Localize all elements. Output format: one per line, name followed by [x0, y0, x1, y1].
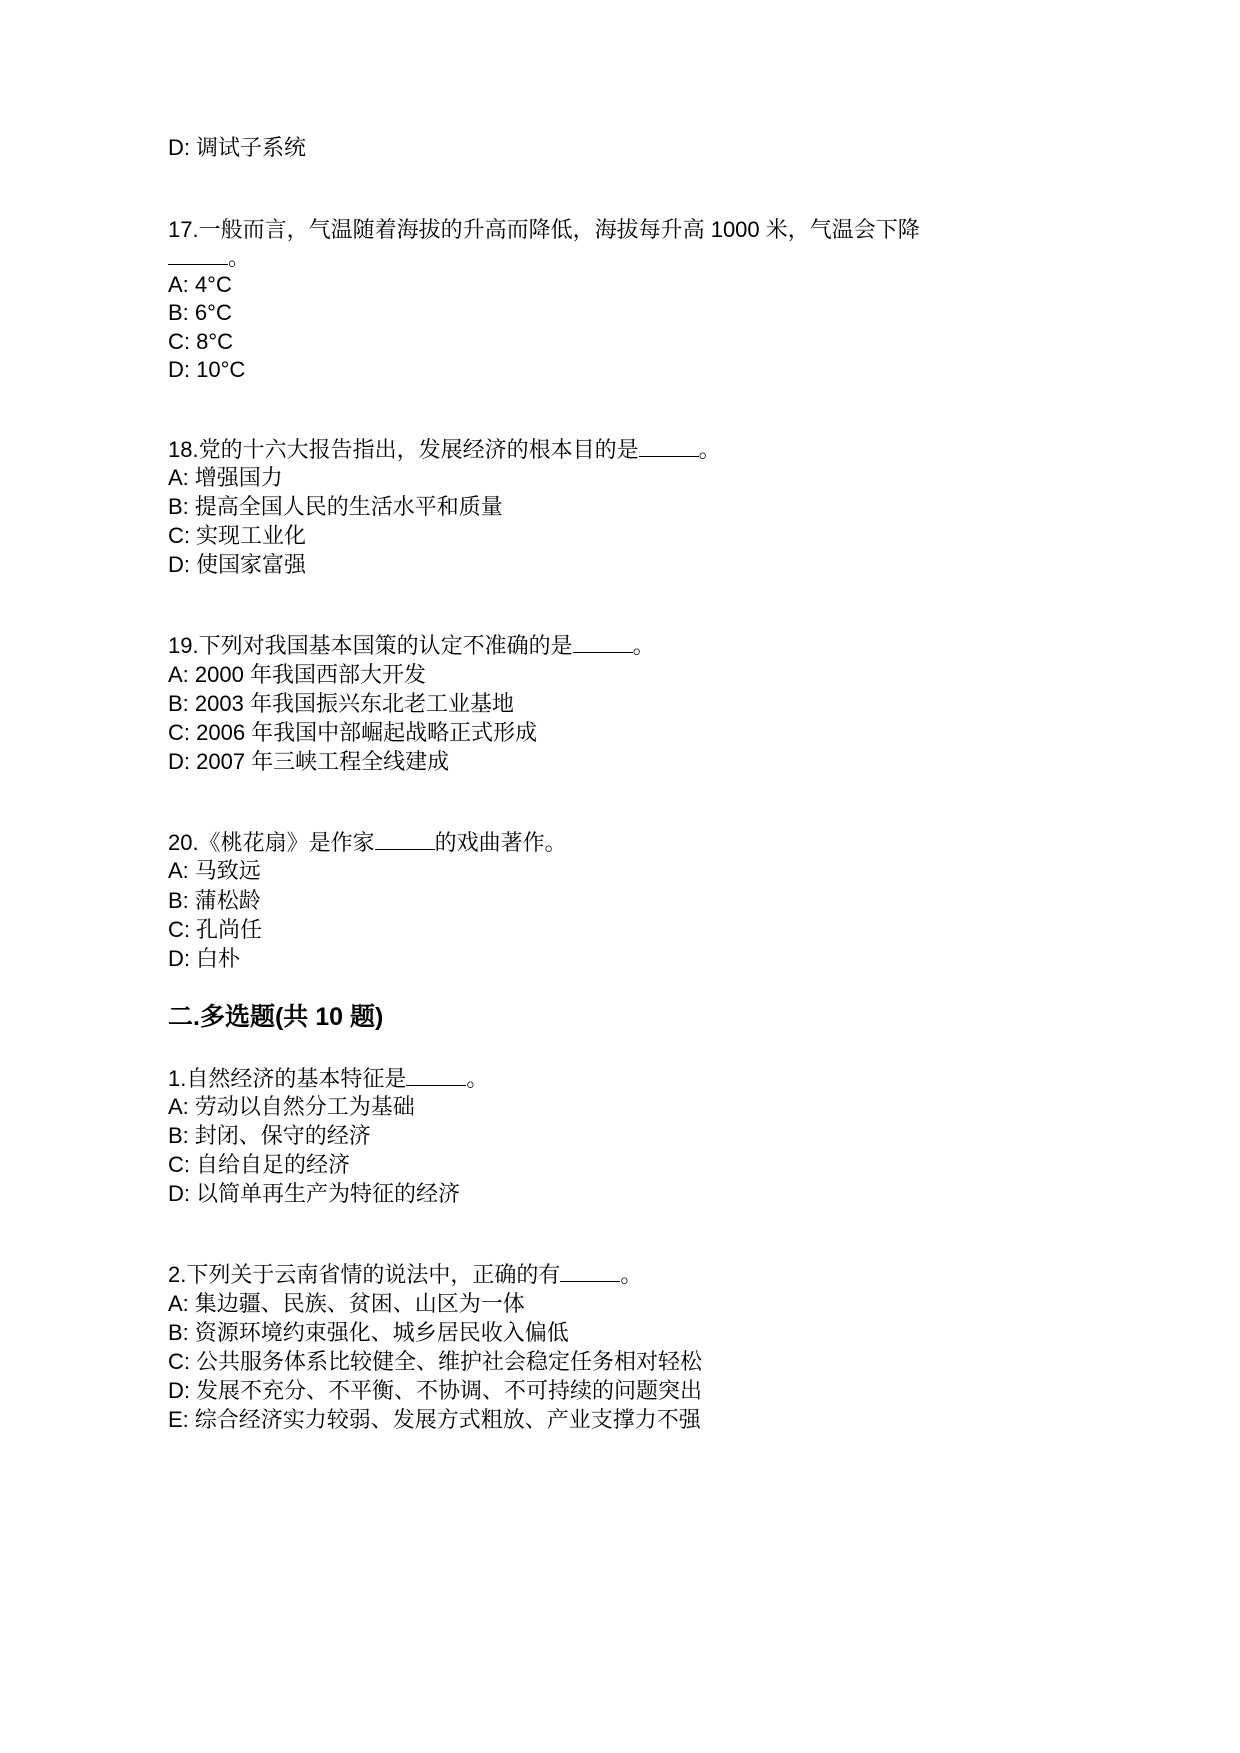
option-d: D:白朴 [168, 945, 240, 973]
option-key: A: [168, 858, 189, 883]
question-number: 19. [168, 633, 199, 658]
option-key: C: [168, 329, 190, 354]
option-b: B: 2003 年我国振兴东北老工业基地 [168, 690, 514, 718]
answer-blank [573, 632, 633, 653]
question-text: 下列对我国基本国策的认定不准确的是 [199, 633, 573, 658]
option-key: B: [168, 1123, 189, 1148]
option-b: B:提高全国人民的生活水平和质量 [168, 493, 503, 521]
question-number: 17. [168, 217, 199, 242]
option-text: 以简单再生产为特征的经济 [196, 1181, 460, 1206]
option-key: A: [168, 662, 189, 687]
option-c: C:实现工业化 [168, 522, 306, 550]
option-key: A: [168, 1094, 189, 1119]
option-key: B: [168, 1320, 189, 1345]
option-key: B: [168, 691, 189, 716]
option-text: 提高全国人民的生活水平和质量 [195, 494, 503, 519]
option-text: 自给自足的经济 [196, 1152, 350, 1177]
option-text: 6°C [195, 300, 232, 325]
answer-blank [639, 436, 699, 457]
option-b: B:蒲松龄 [168, 887, 261, 915]
option-text: 发展不充分、不平衡、不协调、不可持续的问题突出 [196, 1378, 702, 1403]
option-key: D: [168, 135, 190, 160]
option-key: C: [168, 917, 190, 942]
option-text: 封闭、保守的经济 [195, 1123, 371, 1148]
option-key: D: [168, 946, 190, 971]
multi-question-1-stem: 1.自然经济的基本特征是。 [168, 1065, 488, 1093]
question-number: 2. [168, 1262, 186, 1287]
option-e: E:综合经济实力较弱、发展方式粗放、产业支撑力不强 [168, 1406, 701, 1434]
option-key: D: [168, 1181, 190, 1206]
section-heading: 二.多选题(共 10 题) [168, 1001, 383, 1033]
answer-blank [375, 829, 435, 850]
question-text: 《桃花扇》是作家 [199, 830, 375, 855]
option-a: A:集边疆、民族、贫困、山区为一体 [168, 1290, 525, 1318]
option-key: C: [168, 1349, 190, 1374]
question-17-stem: 17.一般而言，气温随着海拔的升高而降低，海拔每升高 1000 米，气温会下降 [168, 216, 920, 244]
option-d: D:使国家富强 [168, 551, 306, 579]
option-d: D:发展不充分、不平衡、不协调、不可持续的问题突出 [168, 1377, 702, 1405]
option-d: D: 10°C [168, 356, 245, 384]
option-text: 实现工业化 [196, 523, 306, 548]
option-key: B: [168, 888, 189, 913]
question-number: 1. [168, 1066, 186, 1091]
option-b: B:封闭、保守的经济 [168, 1122, 371, 1150]
question-text-end: 。 [633, 633, 655, 658]
option-c: C: 2006 年我国中部崛起战略正式形成 [168, 719, 537, 747]
option-text: 2007 年三峡工程全线建成 [196, 749, 449, 774]
question-20-stem: 20.《桃花扇》是作家的戏曲著作。 [168, 829, 567, 857]
option-text: 孔尚任 [196, 917, 262, 942]
question-text: 下列关于云南省情的说法中，正确的有 [186, 1262, 560, 1287]
question-text-end: 。 [228, 245, 250, 270]
option-d: D: 2007 年三峡工程全线建成 [168, 748, 449, 776]
option-text: 白朴 [196, 946, 240, 971]
question-text-end: 。 [699, 437, 721, 462]
question-17-stem-cont: 。 [168, 244, 250, 272]
answer-blank [560, 1261, 620, 1282]
option-d: D:以简单再生产为特征的经济 [168, 1180, 460, 1208]
option-key: A: [168, 1291, 189, 1316]
option-a: A: 2000 年我国西部大开发 [168, 661, 426, 689]
option-text: 增强国力 [195, 465, 283, 490]
option-text: 2006 年我国中部崛起战略正式形成 [196, 720, 537, 745]
option-key: B: [168, 494, 189, 519]
option-b: B:资源环境约束强化、城乡居民收入偏低 [168, 1319, 569, 1347]
option-text: 资源环境约束强化、城乡居民收入偏低 [195, 1320, 569, 1345]
question-text-end: 。 [620, 1262, 642, 1287]
option-text: 使国家富强 [196, 552, 306, 577]
question-text: 一般而言，气温随着海拔的升高而降低，海拔每升高 1000 米，气温会下降 [199, 217, 920, 242]
prev-question-option-d: D:调试子系统 [168, 134, 306, 162]
option-text: 马致远 [195, 858, 261, 883]
option-c: C:孔尚任 [168, 916, 262, 944]
option-key: C: [168, 720, 190, 745]
question-18-stem: 18.党的十六大报告指出，发展经济的根本目的是。 [168, 436, 721, 464]
option-text: 4°C [195, 272, 232, 297]
option-key: D: [168, 357, 190, 382]
option-key: A: [168, 465, 189, 490]
option-text: 调试子系统 [196, 135, 306, 160]
answer-blank [406, 1065, 466, 1086]
option-text: 综合经济实力较弱、发展方式粗放、产业支撑力不强 [195, 1407, 701, 1432]
option-text: 10°C [196, 357, 245, 382]
option-key: D: [168, 749, 190, 774]
question-19-stem: 19.下列对我国基本国策的认定不准确的是。 [168, 632, 655, 660]
option-text: 集边疆、民族、贫困、山区为一体 [195, 1291, 525, 1316]
option-a: A:增强国力 [168, 464, 283, 492]
option-text: 2000 年我国西部大开发 [195, 662, 426, 687]
option-c: C: 8°C [168, 328, 233, 356]
question-number: 18. [168, 437, 199, 462]
option-c: C:公共服务体系比较健全、维护社会稳定任务相对轻松 [168, 1348, 702, 1376]
option-text: 公共服务体系比较健全、维护社会稳定任务相对轻松 [196, 1349, 702, 1374]
question-text: 自然经济的基本特征是 [186, 1066, 406, 1091]
option-b: B: 6°C [168, 299, 232, 327]
option-key: C: [168, 1152, 190, 1177]
option-c: C:自给自足的经济 [168, 1151, 350, 1179]
option-a: A:劳动以自然分工为基础 [168, 1093, 415, 1121]
option-key: E: [168, 1407, 189, 1432]
option-text: 劳动以自然分工为基础 [195, 1094, 415, 1119]
option-key: D: [168, 552, 190, 577]
option-a: A: 4°C [168, 271, 232, 299]
multi-question-2-stem: 2.下列关于云南省情的说法中，正确的有。 [168, 1261, 642, 1289]
option-key: A: [168, 272, 189, 297]
option-text: 蒲松龄 [195, 888, 261, 913]
question-text: 党的十六大报告指出，发展经济的根本目的是 [199, 437, 639, 462]
option-a: A:马致远 [168, 857, 261, 885]
question-text-end: 。 [466, 1066, 488, 1091]
option-key: D: [168, 1378, 190, 1403]
answer-blank [168, 244, 228, 265]
option-text: 2003 年我国振兴东北老工业基地 [195, 691, 514, 716]
option-key: B: [168, 300, 189, 325]
option-text: 8°C [196, 329, 233, 354]
question-number: 20. [168, 830, 199, 855]
question-text-end: 的戏曲著作。 [435, 830, 567, 855]
option-key: C: [168, 523, 190, 548]
